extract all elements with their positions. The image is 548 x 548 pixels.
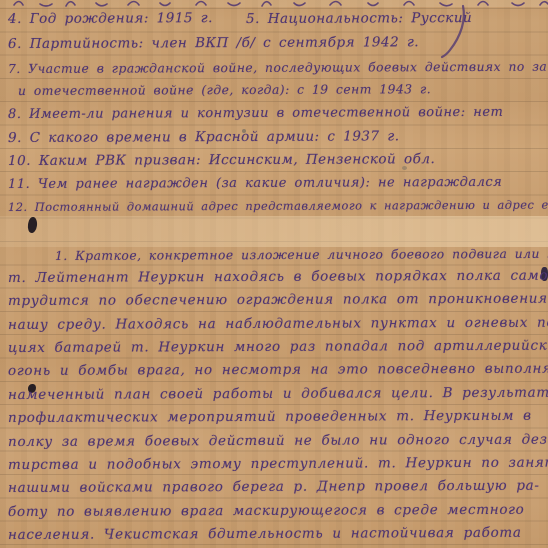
field-nationality: 5. Национальность: Русский [246, 10, 472, 27]
paper-light-band [0, 216, 548, 247]
field-war-participation-line2: и отечественной войне (где, когда): с 19… [18, 82, 431, 98]
field-prior-awards: 11. Чем ранее награжден (за какие отличи… [8, 175, 502, 192]
citation-body-line: полку за время боевых действий не было н… [8, 432, 548, 450]
field-party-membership: 6. Партийность: член ВКП /б/ с сентября … [8, 34, 419, 52]
citation-body-line: намеченный план своей работы и добивался… [8, 385, 548, 403]
citation-heading: 1. Краткое, конкретное изложение личного… [55, 247, 548, 263]
field-service-since: 9. С какого времени в Красной армии: с 1… [8, 128, 400, 146]
citation-body-line: профилактических мероприятий проведенных… [8, 408, 532, 426]
citation-body-line: циях батарей т. Неуркин много раз попада… [8, 338, 548, 356]
citation-body-line: огонь и бомбы врага, но несмотря на это … [8, 361, 548, 379]
field-home-address: 12. Постоянный домашний адрес представля… [8, 197, 548, 214]
citation-body-line: нашими войсками правого берега р. Днепр … [8, 478, 540, 496]
citation-body-line: тирства и подобных этому преступлений. т… [8, 455, 548, 473]
field-war-participation-line1: 7. Участие в гражданской войне, последую… [8, 59, 548, 76]
citation-body-line: т. Лейтенант Неуркин находясь в боевых п… [8, 267, 548, 286]
citation-body-line: нашу среду. Находясь на наблюдательных п… [8, 315, 548, 333]
paper-light-band-top [0, 0, 548, 7]
citation-body-line: населения. Чекистская бдительность и нас… [8, 525, 522, 543]
field-birth-year: 4. Год рождения: 1915 г. [8, 10, 213, 27]
field-drafted-by: 10. Каким РВК призван: Иссинским, Пензен… [8, 151, 435, 169]
citation-body-line: боту по выявлению врага маскирующегося в… [8, 502, 525, 520]
citation-body-line: трудится по обеспечению ограждения полка… [8, 290, 548, 309]
field-wounds: 8. Имеет-ли ранения и контузии в отечест… [8, 105, 503, 122]
ink-blot [27, 216, 38, 233]
award-document-page: 4. Год рождения: 1915 г. 5. Национальнос… [0, 0, 548, 548]
